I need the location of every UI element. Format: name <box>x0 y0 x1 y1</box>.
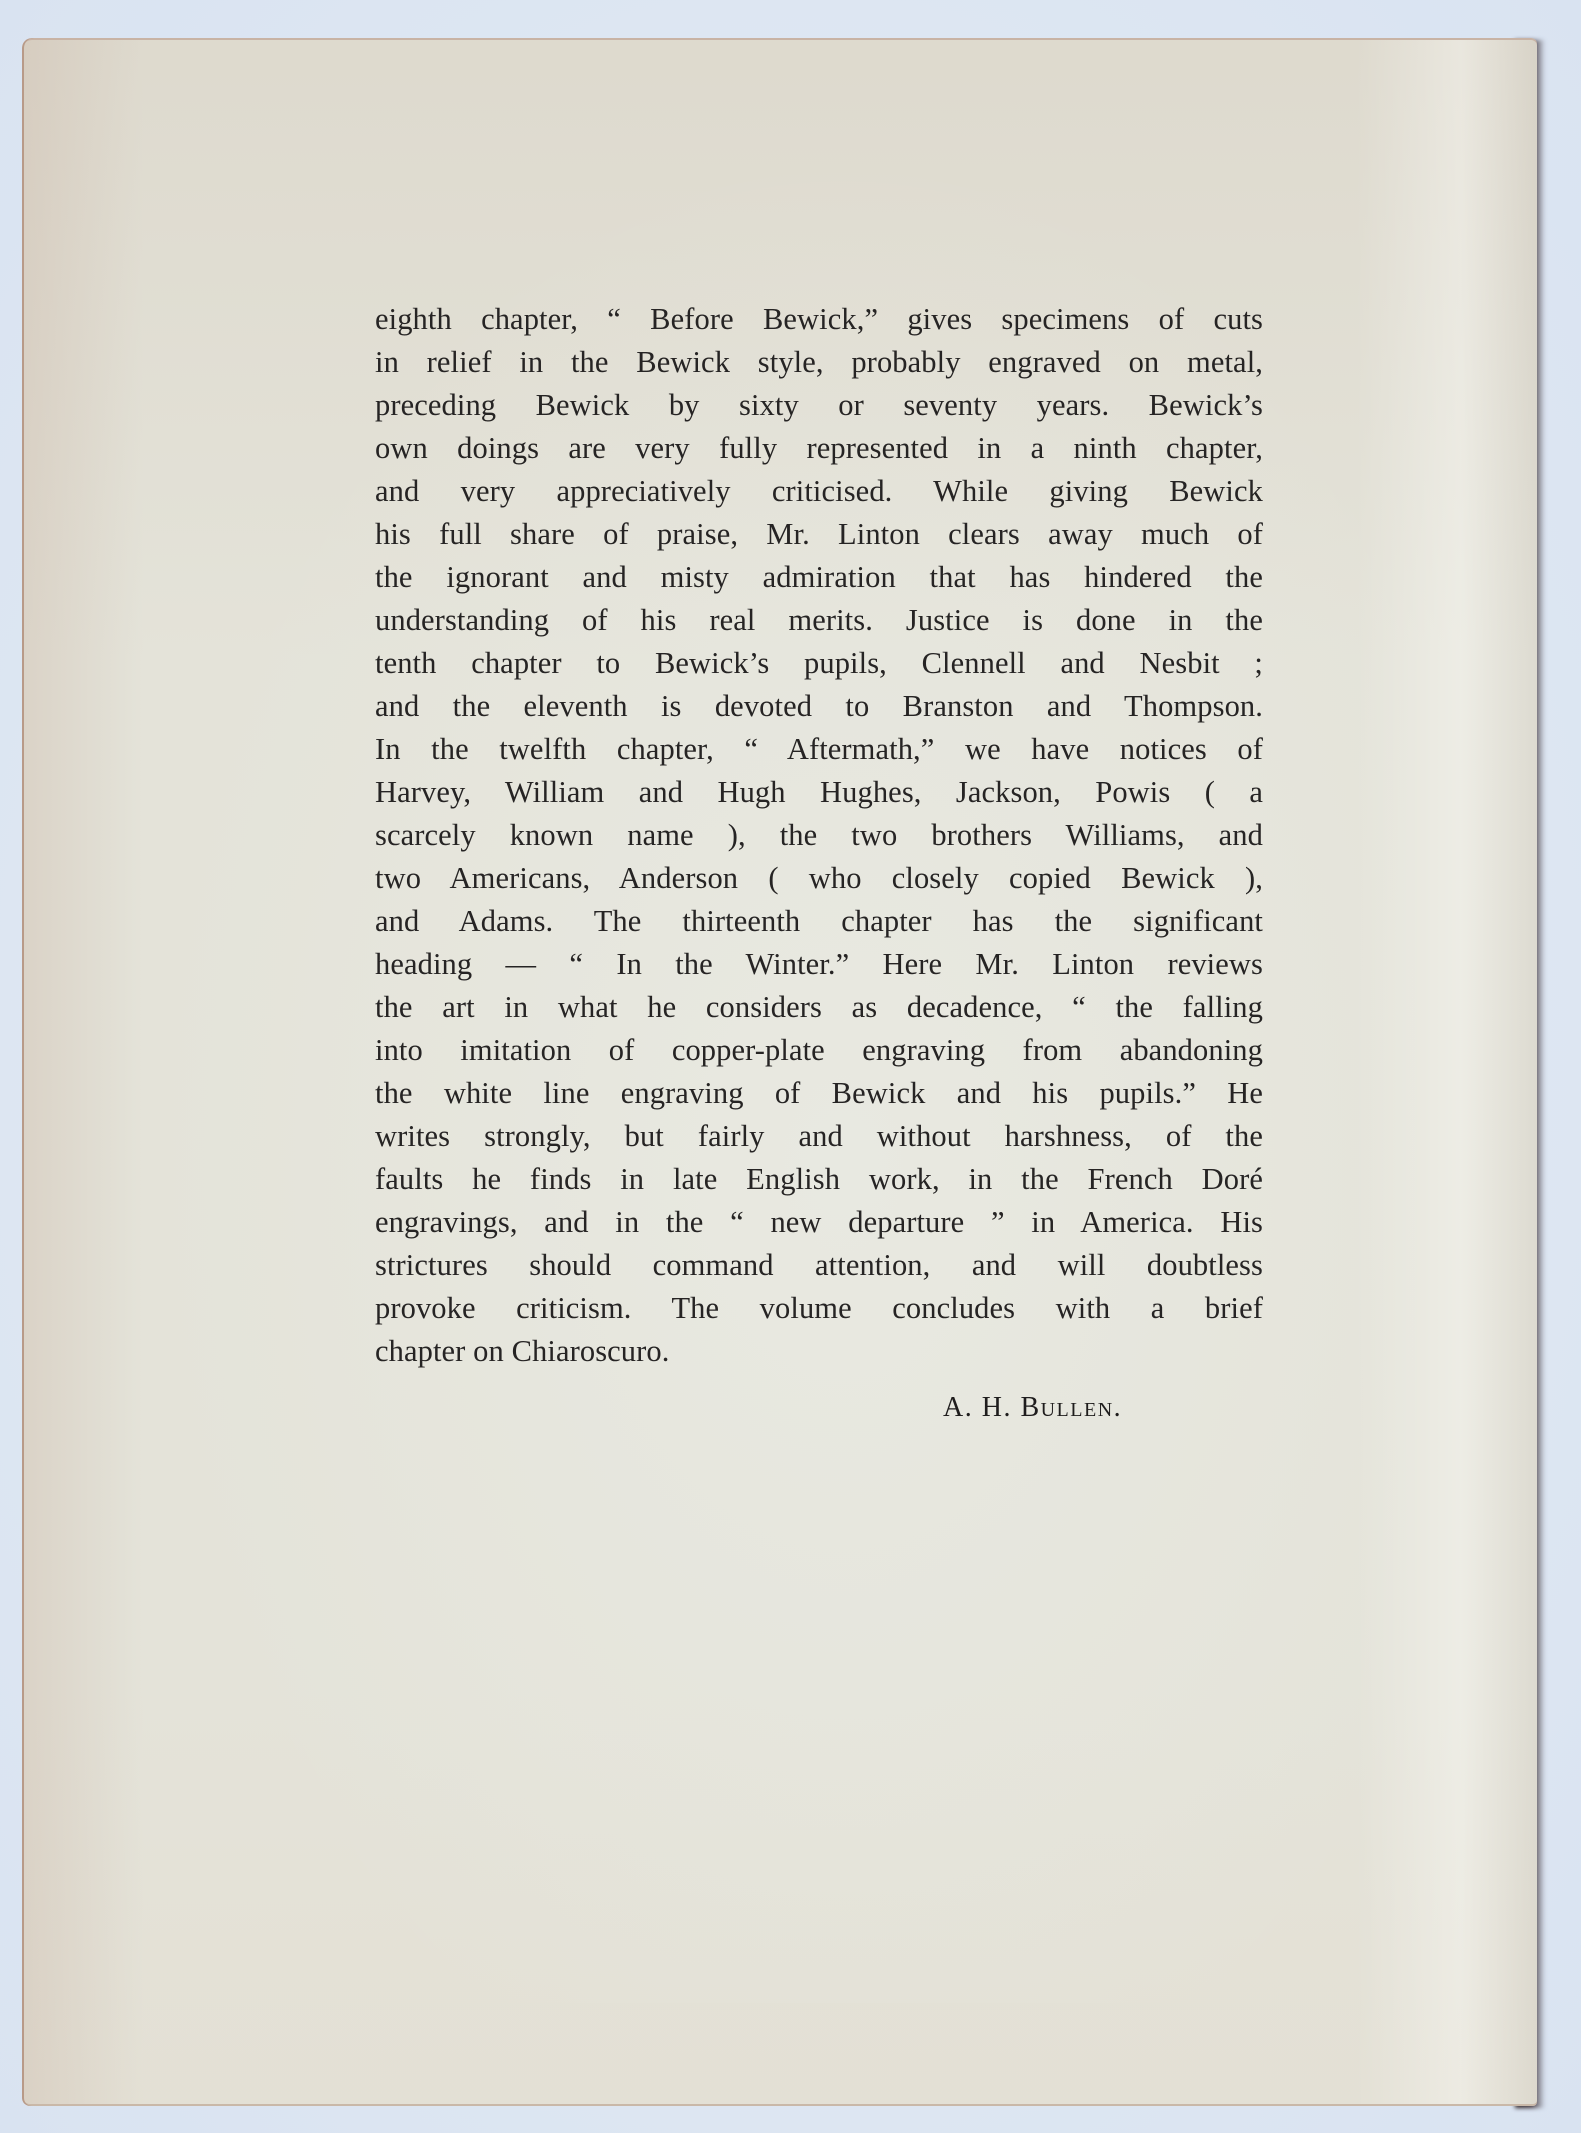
text-line: his full share of praise, Mr. Linton cle… <box>375 513 1263 556</box>
text-line: the ignorant and misty admiration that h… <box>375 556 1263 599</box>
text-line: the art in what he considers as decadenc… <box>375 986 1263 1029</box>
text-line: two Americans, Anderson ( who closely co… <box>375 857 1263 900</box>
text-line: eighth chapter, “ Before Bewick,” gives … <box>375 298 1263 341</box>
text-line: Harvey, William and Hugh Hughes, Jackson… <box>375 771 1263 814</box>
text-line: understanding of his real merits. Justic… <box>375 599 1263 642</box>
author-signature: A. H. Bullen. <box>943 1392 1122 1424</box>
body-paragraph: eighth chapter, “ Before Bewick,” gives … <box>375 298 1263 1373</box>
text-line: scarcely known name ), the two brothers … <box>375 814 1263 857</box>
text-line: heading — “ In the Winter.” Here Mr. Lin… <box>375 943 1263 986</box>
text-line-final: chapter on Chiaroscuro. <box>375 1330 1263 1373</box>
text-line: and Adams. The thirteenth chapter has th… <box>375 900 1263 943</box>
text-line: In the twelfth chapter, “ Aftermath,” we… <box>375 728 1263 771</box>
text-line: into imitation of copper-plate engraving… <box>375 1029 1263 1072</box>
text-line: and the eleventh is devoted to Branston … <box>375 685 1263 728</box>
text-line: in relief in the Bewick style, probably … <box>375 341 1263 384</box>
text-line: provoke criticism. The volume concludes … <box>375 1287 1263 1330</box>
text-line: preceding Bewick by sixty or seventy yea… <box>375 384 1263 427</box>
text-line: faults he finds in late English work, in… <box>375 1158 1263 1201</box>
text-line: engravings, and in the “ new departure ”… <box>375 1201 1263 1244</box>
text-line: and very appreciatively criticised. Whil… <box>375 470 1263 513</box>
text-line: strictures should command attention, and… <box>375 1244 1263 1287</box>
text-line: tenth chapter to Bewick’s pupils, Clenne… <box>375 642 1263 685</box>
text-line: writes strongly, but fairly and without … <box>375 1115 1263 1158</box>
text-line: the white line engraving of Bewick and h… <box>375 1072 1263 1115</box>
text-line: own doings are very fully represented in… <box>375 427 1263 470</box>
